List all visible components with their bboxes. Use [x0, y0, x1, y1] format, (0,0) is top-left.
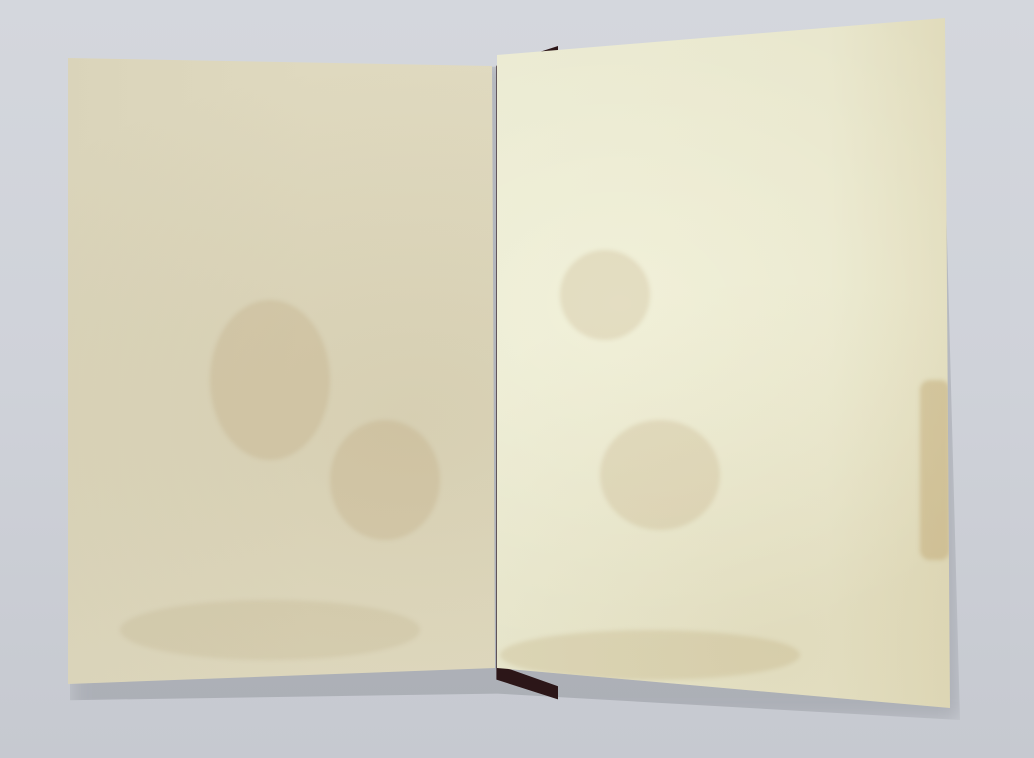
edge-stain	[920, 380, 950, 560]
foxing-stain	[600, 420, 720, 530]
foxing-stain	[560, 250, 650, 340]
photo-scene: Open antique book with two blank, age-st…	[0, 0, 1034, 758]
foxing-stain	[330, 420, 440, 540]
water-stain	[120, 600, 420, 660]
foxing-stain	[210, 300, 330, 460]
